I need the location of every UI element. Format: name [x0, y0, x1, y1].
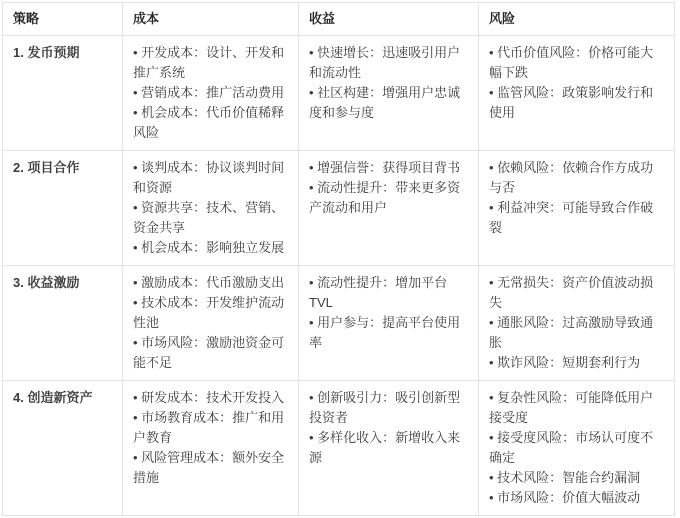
risk-item: • 接受度风险：市场认可度不确定	[489, 428, 664, 468]
table-row: 3. 收益激励 • 激励成本：代币激励支出 • 技术成本：开发维护流动性池 • …	[3, 266, 675, 381]
risk-item: • 代币价值风险：价格可能大幅下跌	[489, 43, 664, 83]
table-body: 1. 发币预期 • 开发成本：设计、开发和推广系统 • 营销成本：推广活动费用 …	[3, 36, 675, 516]
risk-cell: • 无常损失：资产价值波动损失 • 通胀风险：过高激励导致通胀 • 欺诈风险：短…	[479, 266, 675, 381]
risk-cell: • 复杂性风险：可能降低用户接受度 • 接受度风险：市场认可度不确定 • 技术风…	[479, 381, 675, 516]
cost-item: • 营销成本：推广活动费用	[133, 83, 288, 103]
benefit-item: • 增强信誉：获得项目背书	[309, 158, 468, 178]
cost-item: • 风险管理成本：额外安全措施	[133, 448, 288, 488]
benefit-item: • 创新吸引力：吸引创新型投资者	[309, 388, 468, 428]
benefit-item: • 多样化收入：新增收入来源	[309, 428, 468, 468]
cost-item: • 研发成本：技术开发投入	[133, 388, 288, 408]
risk-item: • 市场风险：价值大幅波动	[489, 488, 664, 508]
cost-cell: • 研发成本：技术开发投入 • 市场教育成本：推广和用户教育 • 风险管理成本：…	[123, 381, 299, 516]
benefit-cell: • 流动性提升：增加平台TVL • 用户参与：提高平台使用率	[299, 266, 479, 381]
cost-item: • 市场风险：激励池资金可能不足	[133, 333, 288, 373]
header-row: 策略 成本 收益 风险	[3, 3, 675, 36]
benefit-item: • 社区构建：增强用户忠诚度和参与度	[309, 83, 468, 123]
strategy-cell: 3. 收益激励	[3, 266, 123, 381]
risk-cell: • 依赖风险：依赖合作方成功与否 • 利益冲突：可能导致合作破裂	[479, 151, 675, 266]
benefit-item: • 快速增长：迅速吸引用户和流动性	[309, 43, 468, 83]
table-header: 策略 成本 收益 风险	[3, 3, 675, 36]
risk-item: • 技术风险：智能合约漏洞	[489, 468, 664, 488]
cost-item: • 资源共享：技术、营销、资金共享	[133, 198, 288, 238]
strategy-comparison-table: 策略 成本 收益 风险 1. 发币预期 • 开发成本：设计、开发和推广系统 • …	[2, 2, 675, 516]
column-header-benefit: 收益	[299, 3, 479, 36]
cost-item: • 机会成本：影响独立发展	[133, 238, 288, 258]
risk-item: • 欺诈风险：短期套利行为	[489, 353, 664, 373]
risk-cell: • 代币价值风险：价格可能大幅下跌 • 监管风险：政策影响发行和使用	[479, 36, 675, 151]
column-header-strategy: 策略	[3, 3, 123, 36]
cost-cell: • 谈判成本：协议谈判时间和资源 • 资源共享：技术、营销、资金共享 • 机会成…	[123, 151, 299, 266]
cost-cell: • 开发成本：设计、开发和推广系统 • 营销成本：推广活动费用 • 机会成本：代…	[123, 36, 299, 151]
risk-item: • 依赖风险：依赖合作方成功与否	[489, 158, 664, 198]
cost-item: • 市场教育成本：推广和用户教育	[133, 408, 288, 448]
table-row: 1. 发币预期 • 开发成本：设计、开发和推广系统 • 营销成本：推广活动费用 …	[3, 36, 675, 151]
benefit-cell: • 创新吸引力：吸引创新型投资者 • 多样化收入：新增收入来源	[299, 381, 479, 516]
strategy-cell: 4. 创造新资产	[3, 381, 123, 516]
benefit-item: • 用户参与：提高平台使用率	[309, 313, 468, 353]
benefit-cell: • 快速增长：迅速吸引用户和流动性 • 社区构建：增强用户忠诚度和参与度	[299, 36, 479, 151]
table-row: 2. 项目合作 • 谈判成本：协议谈判时间和资源 • 资源共享：技术、营销、资金…	[3, 151, 675, 266]
benefit-item: • 流动性提升：增加平台TVL	[309, 273, 468, 313]
strategy-cell: 1. 发币预期	[3, 36, 123, 151]
cost-cell: • 激励成本：代币激励支出 • 技术成本：开发维护流动性池 • 市场风险：激励池…	[123, 266, 299, 381]
benefit-cell: • 增强信誉：获得项目背书 • 流动性提升：带来更多资产流动和用户	[299, 151, 479, 266]
risk-item: • 无常损失：资产价值波动损失	[489, 273, 664, 313]
cost-item: • 技术成本：开发维护流动性池	[133, 293, 288, 333]
benefit-item: • 流动性提升：带来更多资产流动和用户	[309, 178, 468, 218]
cost-item: • 激励成本：代币激励支出	[133, 273, 288, 293]
cost-item: • 开发成本：设计、开发和推广系统	[133, 43, 288, 83]
cost-item: • 谈判成本：协议谈判时间和资源	[133, 158, 288, 198]
risk-item: • 利益冲突：可能导致合作破裂	[489, 198, 664, 238]
column-header-cost: 成本	[123, 3, 299, 36]
risk-item: • 复杂性风险：可能降低用户接受度	[489, 388, 664, 428]
cost-item: • 机会成本：代币价值稀释风险	[133, 103, 288, 143]
column-header-risk: 风险	[479, 3, 675, 36]
risk-item: • 通胀风险：过高激励导致通胀	[489, 313, 664, 353]
page: 策略 成本 收益 风险 1. 发币预期 • 开发成本：设计、开发和推广系统 • …	[0, 0, 680, 518]
risk-item: • 监管风险：政策影响发行和使用	[489, 83, 664, 123]
strategy-cell: 2. 项目合作	[3, 151, 123, 266]
table-row: 4. 创造新资产 • 研发成本：技术开发投入 • 市场教育成本：推广和用户教育 …	[3, 381, 675, 516]
